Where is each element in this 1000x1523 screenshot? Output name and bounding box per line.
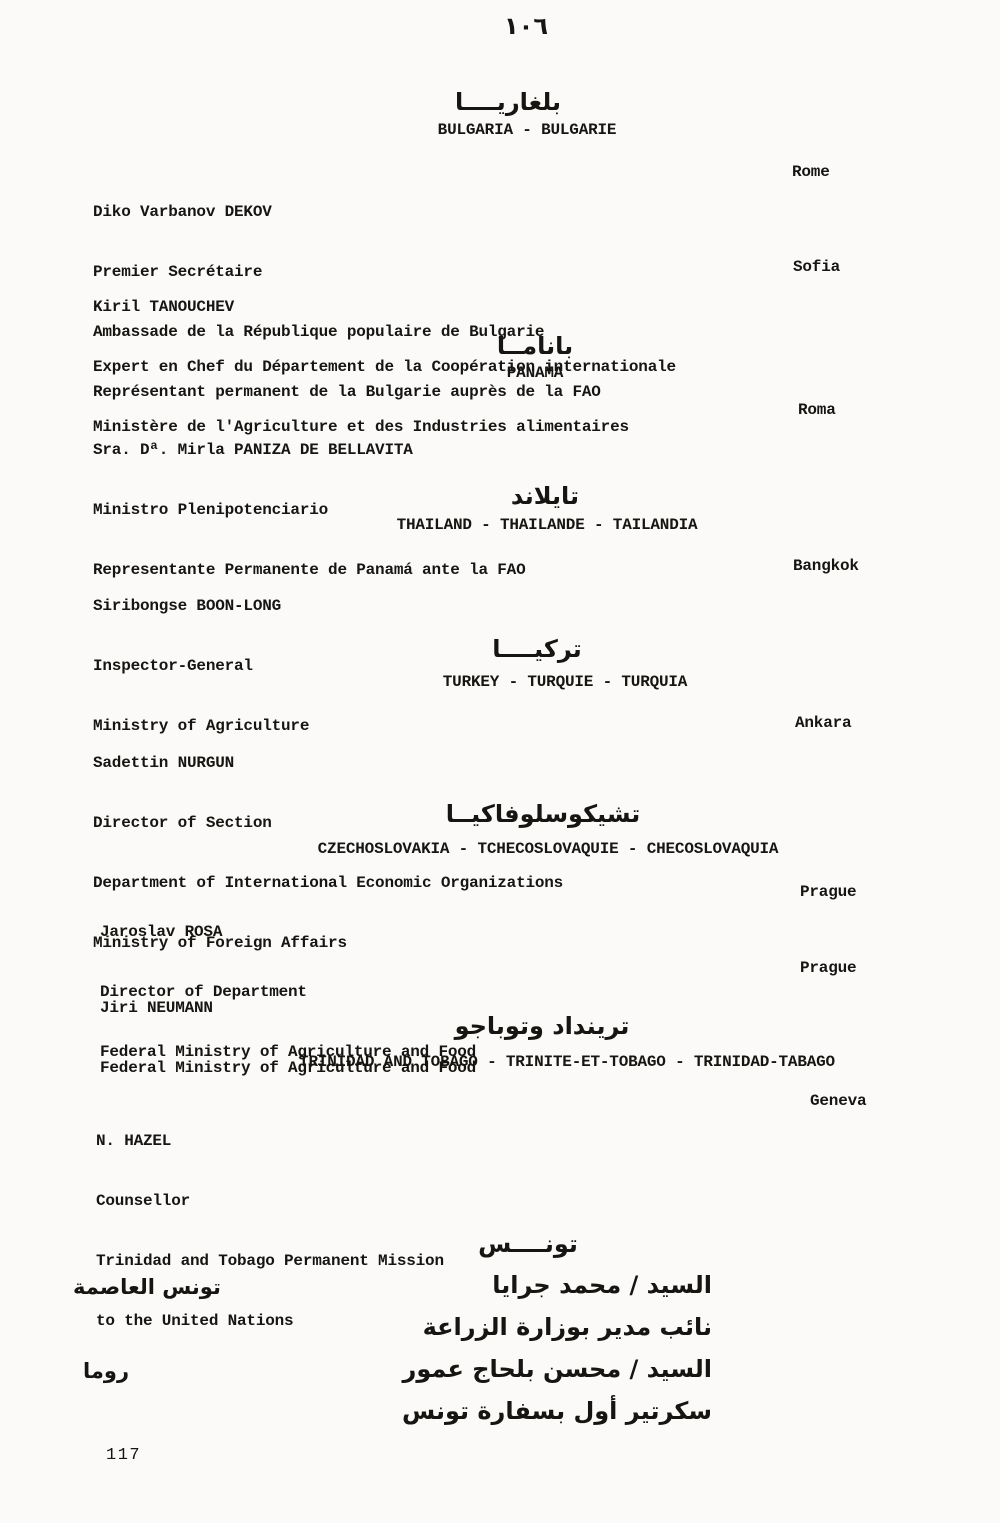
section-title-arabic-thailand: تايلاند [45, 480, 1000, 512]
delegate-name: Sra. Dª. Mirla PANIZA DE BELLAVITA [93, 440, 525, 460]
section-title-arabic-panama: بانامــا [35, 330, 1000, 362]
tunisia-delegate-line: نائب مدير بوزارة الزراعة [423, 1310, 712, 1344]
section-title-arabic-bulgaria: بلغاريــــا [8, 86, 1000, 118]
tunisia-delegate-line: سكرتير أول بسفارة تونس [402, 1394, 712, 1428]
delegate-city: Sofia [793, 257, 840, 277]
delegate-city: Roma [798, 400, 836, 420]
delegate-line: Counsellor [96, 1191, 444, 1211]
tunisia-delegate-city: تونس العاصمة [73, 1274, 221, 1300]
delegate-city: Ankara [795, 713, 851, 733]
section-title-thailand: THAILAND - THAILANDE - TAILANDIA [47, 515, 1000, 535]
delegate-city: Prague [800, 958, 856, 978]
delegate-name: N. HAZEL [96, 1131, 444, 1151]
delegate-name: Kiril TANOUCHEV [93, 297, 676, 317]
delegate-city: Geneva [810, 1091, 866, 1111]
delegate-line: to the United Nations [96, 1311, 444, 1331]
section-title-czechoslovakia: CZECHOSLOVAKIA - TCHECOSLOVAQUIE - CHECO… [48, 839, 1000, 859]
document-page: ١٠٦ بلغاريــــا BULGARIA - BULGARIE Diko… [0, 0, 1000, 1523]
delegate-city: Bangkok [793, 556, 859, 576]
page-number-top: ١٠٦ [26, 12, 1000, 40]
tunisia-delegate-city: روما [83, 1358, 129, 1384]
section-title-bulgaria: BULGARIA - BULGARIE [27, 120, 1000, 140]
delegate-name: Diko Varbanov DEKOV [93, 202, 601, 222]
section-title-arabic-tunisia: تونــــس [28, 1228, 1000, 1260]
delegate-city: Rome [792, 162, 830, 182]
section-title-turkey: TURKEY - TURQUIE - TURQUIA [65, 672, 1000, 692]
tunisia-delegate-name: السيد / محمد جرايا [492, 1268, 712, 1302]
delegate-name: Jaroslav ROSA [100, 922, 476, 942]
section-title-arabic-turkey: تركيــــا [37, 633, 1000, 665]
page-number-bottom: 117 [106, 1446, 141, 1465]
section-title-panama: PANAMA [35, 363, 1000, 383]
section-title-trinidad: TRINIDAD AND TOBAGO - TRINITE-ET-TOBAGO … [67, 1052, 1000, 1072]
section-title-arabic-czechoslovakia: تشيكوسلوفاكيــا [43, 798, 1000, 830]
delegate-name: Sadettin NURGUN [93, 753, 563, 773]
section-title-arabic-trinidad: ترينداد وتوباجو [42, 1010, 1000, 1042]
tunisia-delegate-name: السيد / محسن بلحاج عمور [403, 1352, 712, 1386]
delegate-city: Prague [800, 882, 856, 902]
delegate-name: Siribongse BOON-LONG [93, 596, 309, 616]
